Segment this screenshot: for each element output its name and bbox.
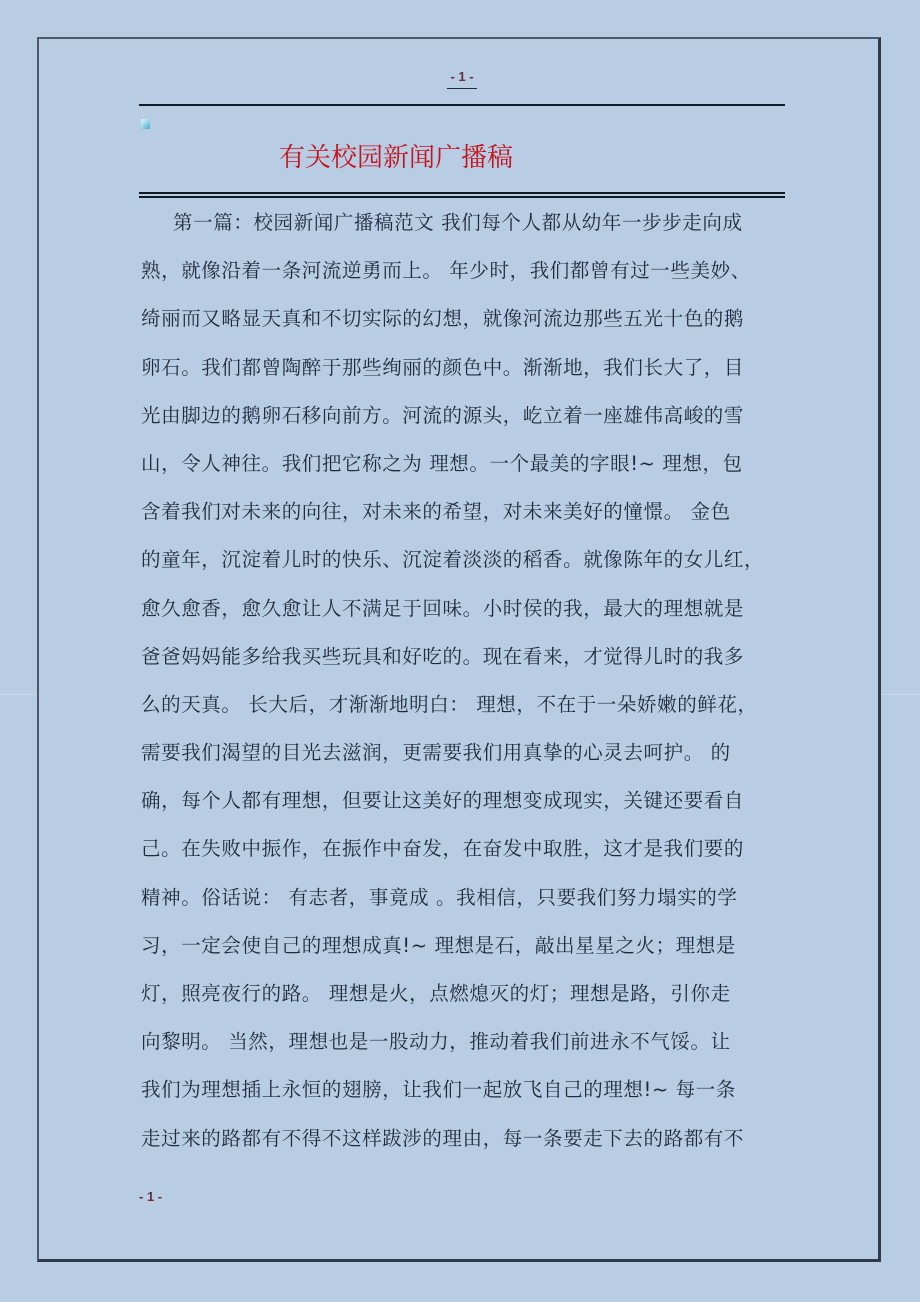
body-line: 光由脚边的鹅卵石移向前方。河流的源头，屹立着一座雄伟高峻的雪 (141, 396, 801, 444)
body-line: 己。在失败中振作，在振作中奋发，在奋发中取胜，这才是我们要的 (141, 829, 801, 877)
body-line: 第一篇：校园新闻广播稿范文 我们每个人都从幼年一步步走向成 (141, 203, 801, 251)
body-line: 爸爸妈妈能多给我买些玩具和好吃的。现在看来，才觉得儿时的我多 (141, 637, 801, 685)
document-page: - 1 - 有关校园新闻广播稿 第一篇：校园新闻广播稿范文 我们每个人都从幼年一… (37, 37, 881, 1262)
body-line: 需要我们渴望的目光去滋润，更需要我们用真挚的心灵去呵护。 的 (141, 733, 801, 781)
body-line: 么的天真。 长大后，才渐渐地明白： 理想，不在于一朵娇嫩的鲜花， (141, 685, 801, 733)
body-line: 向黎明。 当然，理想也是一股动力，推动着我们前进永不气馁。让 (141, 1022, 801, 1070)
document-title: 有关校园新闻广播稿 (279, 141, 513, 175)
body-line: 我们为理想插上永恒的翅膀，让我们一起放飞自己的理想!~ 每一条 (141, 1070, 801, 1118)
body-line: 熟，就像沿着一条河流逆勇而上。 年少时，我们都曾有过一些美妙、 (141, 251, 801, 299)
body-line: 的童年，沉淀着儿时的快乐、沉淀着淡淡的稻香。就像陈年的女儿红， (141, 540, 801, 588)
body-line: 山，令人神往。我们把它称之为 理想。一个最美的字眼!~ 理想，包 (141, 444, 801, 492)
body-line: 走过来的路都有不得不这样跋涉的理由，每一条要走下去的路都有不 (141, 1119, 801, 1167)
body-line: 精神。俗话说： 有志者，事竟成 。我相信，只要我们努力塌实的学 (141, 878, 801, 926)
body-line: 习，一定会使自己的理想成真!~ 理想是石，敲出星星之火；理想是 (141, 926, 801, 974)
body-line: 确，每个人都有理想，但要让这美好的理想变成现实，关键还要看自 (141, 781, 801, 829)
body-line: 含着我们对未来的向往，对未来的希望，对未来美好的憧憬。 金色 (141, 492, 801, 540)
body-line: 灯，照亮夜行的路。 理想是火，点燃熄灭的灯；理想是路，引你走 (141, 974, 801, 1022)
body-line: 绮丽而又略显天真和不切实际的幻想，就像河流边那些五光十色的鹅 (141, 299, 801, 347)
document-body: 第一篇：校园新闻广播稿范文 我们每个人都从幼年一步步走向成 熟，就像沿着一条河流… (141, 203, 801, 1167)
body-line: 愈久愈香，愈久愈让人不满足于回味。小时侯的我，最大的理想就是 (141, 589, 801, 637)
header-divider (139, 104, 785, 106)
footer-page-number: - 1 - (139, 1189, 162, 1205)
body-line: 卵石。我们都曾陶醉于那些绚丽的颜色中。渐渐地，我们长大了，目 (141, 348, 801, 396)
header-page-number: - 1 - (447, 69, 477, 89)
image-thumbnail-icon (141, 119, 150, 129)
title-double-divider (139, 192, 785, 198)
